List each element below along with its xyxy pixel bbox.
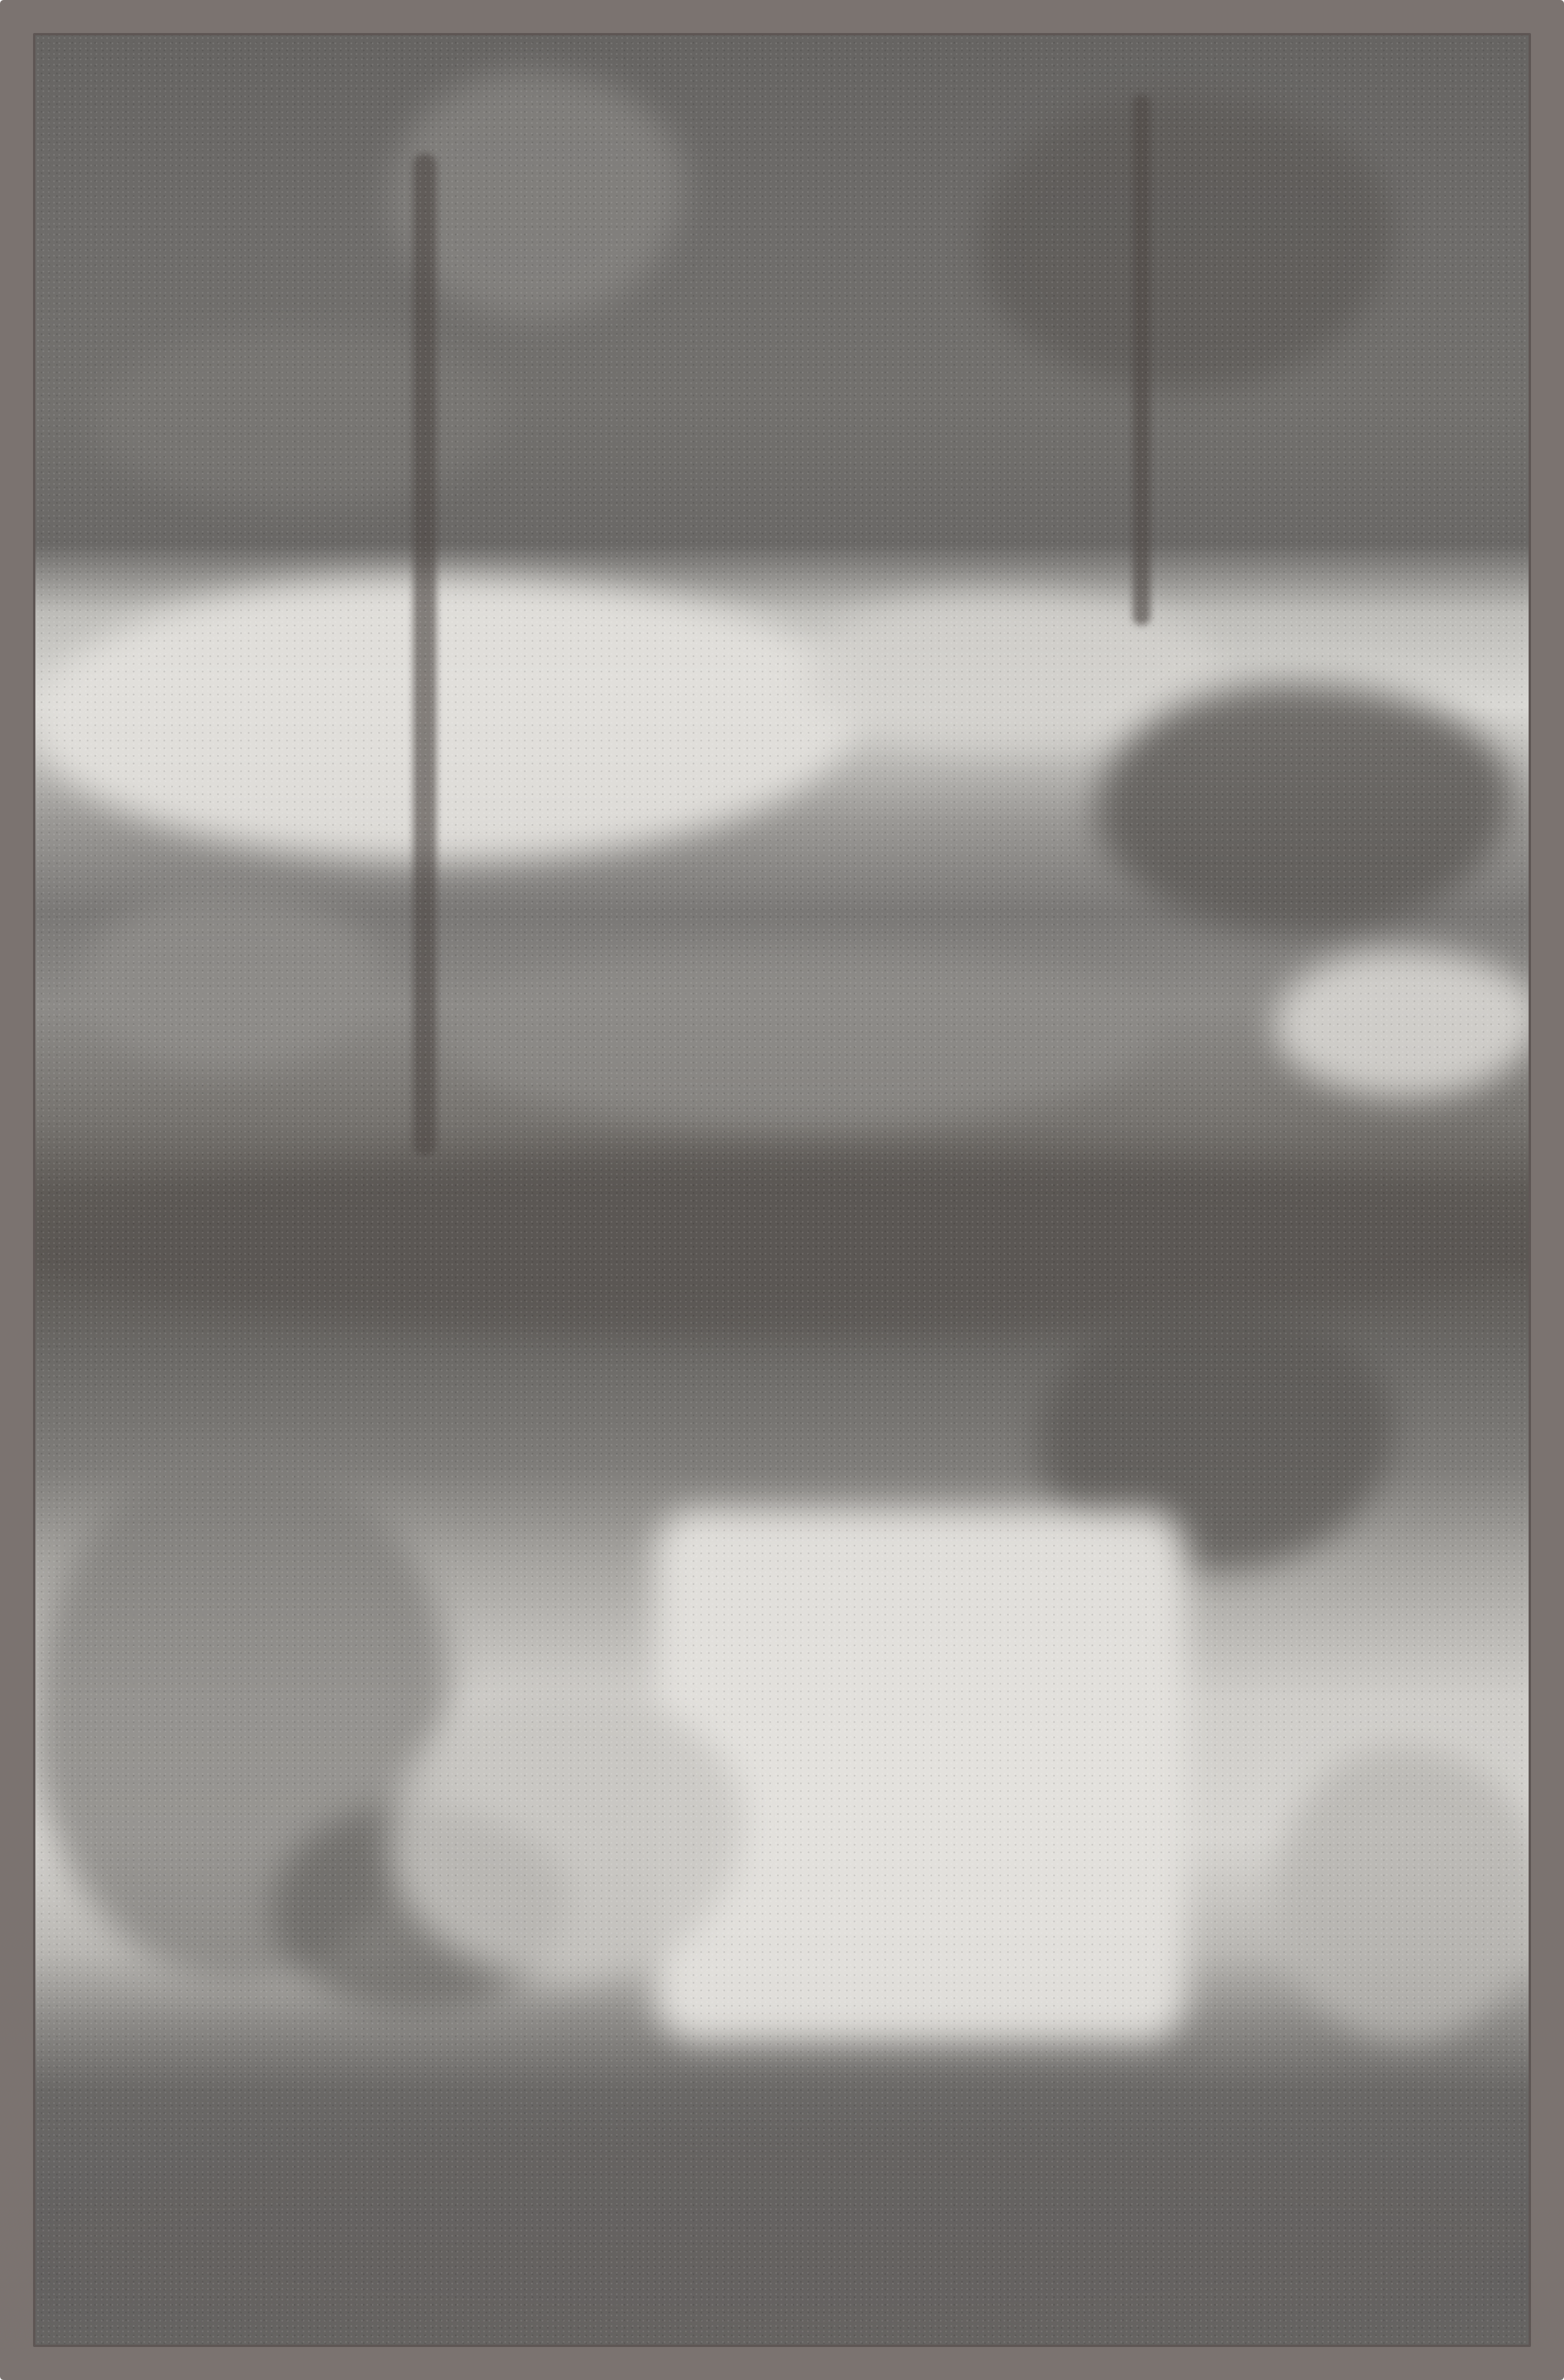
- rug-pattern: [35, 35, 1529, 2345]
- rug-field: [33, 33, 1531, 2347]
- pile-texture: [35, 35, 1529, 2345]
- rug-photo: [0, 0, 1564, 2380]
